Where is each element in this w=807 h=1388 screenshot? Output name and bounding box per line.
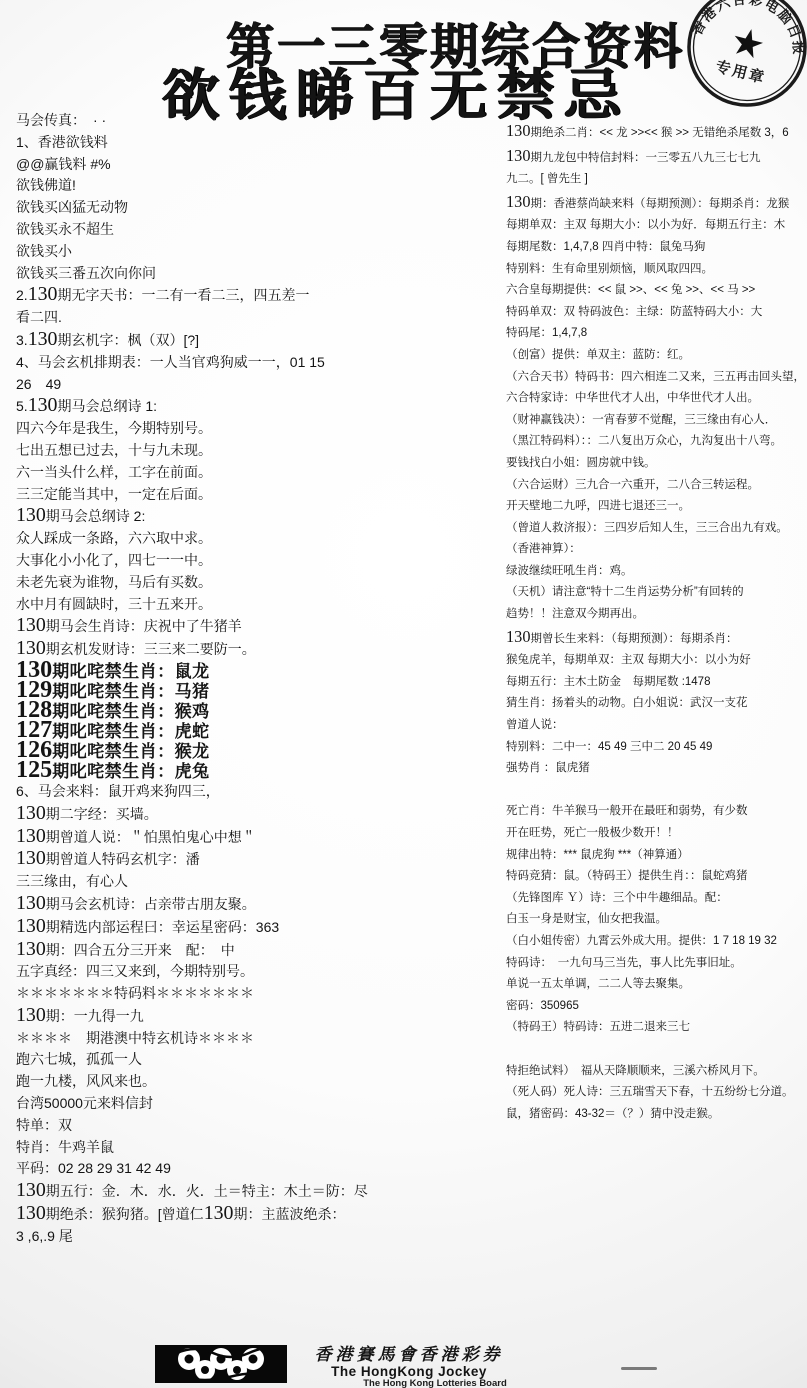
text-line: 开在旺势，死亡一般极少数开！！ — [506, 823, 806, 845]
text-line: 欲钱买三番五次向你问 — [16, 263, 498, 285]
text-line: （创富）提供：单双主：蓝防：红。 — [506, 345, 806, 367]
text-line: （财神赢钱决）：一宵春萝不觉醒，三三缘由有心人． — [506, 410, 806, 432]
text-line: （天机）请注意“特十二生肖运势分析”有回转的 — [506, 582, 806, 604]
signature-dash — [621, 1367, 657, 1370]
text-line: 九二。[ 曾先生 ] — [506, 169, 806, 191]
text-line: 3.130期玄机字：枫（双）[?] — [16, 329, 498, 352]
text-line: 七出五想已过去，十与九未现。 — [16, 440, 498, 462]
text-line: 欲钱买永不超生 — [16, 219, 498, 241]
text-line: （黑江特码料）：：二八复出万众心，九沟复出十八弯。 — [506, 431, 806, 453]
text-line: ＊＊＊＊＊＊＊特码料＊＊＊＊＊＊＊ — [16, 983, 498, 1005]
text-line: 三三定能当其中，一定在后面。 — [16, 484, 498, 506]
text-line: 特单：双 — [16, 1115, 498, 1137]
text-line: 特码尾：1,4,7,8 — [506, 323, 806, 345]
seal-stamp: 香港六合彩电脑日报社 ★ 专用章 — [671, 0, 807, 123]
left-column: 马会传真： · ·1、香港欲钱料@@赢钱料 #%欲钱佛道!欲钱买凶猛无动物欲钱买… — [16, 110, 498, 1248]
text-line: 猜生肖：扬着头的动物。白小姐说：武汉一支花 — [506, 693, 806, 715]
text-line: 跑六七城，孤孤一人 — [16, 1049, 498, 1071]
text-line: 130期叱咤禁生肖：鼠龙 — [16, 661, 498, 681]
text-line: 白玉一身是财宝，仙女把我温。 — [506, 909, 806, 931]
text-line: 130期二字经：买墙。 — [16, 803, 498, 826]
text-line: 130期绝杀二肖：<< 龙 >><< 猴 >> 无错绝杀尾数 3，6 — [506, 120, 806, 145]
text-line: （白小姐传密）九霄云外成大用。提供：1 7 18 19 32 — [506, 931, 806, 953]
text-line: 每期五行：主木土防金 每期尾数 :1478 — [506, 672, 806, 694]
text-line: （六合天书）特码书：四六相连二又来，三五再击回头望， — [506, 367, 806, 389]
text-line: 130期精选内部运程曰：幸运星密码：363 — [16, 916, 498, 939]
text-line: 开天壁地二九呼，四进七退还三一。 — [506, 496, 806, 518]
text-line: 6、马会来料：鼠开鸡来狗四三， — [16, 781, 498, 803]
text-line: 未老先衰为谁物，马后有买数。 — [16, 572, 498, 594]
text-line: （先锋图库 Ｙ）诗：三个中牛趣细品。配： — [506, 888, 806, 910]
text-line: 130期马会总纲诗 2: — [16, 505, 498, 528]
text-line: 3 ,6,.9 尾 — [16, 1226, 498, 1248]
text-line: 130期曾长生来料：（每期预测）：每期杀肖： — [506, 626, 806, 651]
text-line: 4、马会玄机排期表：一人当官鸡狗威一一，01 15 — [16, 352, 498, 374]
text-line: 特码诗： 一九句马三当先，事人比先事旧址。 — [506, 953, 806, 975]
right-column: 130期绝杀二肖：<< 龙 >><< 猴 >> 无错绝杀尾数 3，6130期九龙… — [506, 120, 806, 1125]
lottery-fax-sheet: { "header": { "title_line1": "第一三零期综合资料"… — [0, 0, 807, 1388]
text-line: （香港神算）： — [506, 539, 806, 561]
text-line: 欲钱买小 — [16, 241, 498, 263]
text-line: 六合特家诗：中华世代才人出，中华世代才人出。 — [506, 388, 806, 410]
text-line: 130期：香港蔡尚缺来料（每期预测）：每期杀肖：龙猴 — [506, 191, 806, 216]
text-line: 127期叱咤禁生肖：虎蛇 — [16, 721, 498, 741]
text-line: 趋势！！注意双今期再出。 — [506, 604, 806, 626]
text-line: 单说一五太单调，二二人等去聚集。 — [506, 974, 806, 996]
text-line: 特别料：二中一：45 49 三中二 20 45 49 — [506, 737, 806, 759]
jockey-club-logo — [155, 1345, 287, 1388]
text-line: 2.130期无字天书：一二有一看二三，四五差一 — [16, 284, 498, 307]
text-line: 130期曾道人特码玄机字：潘 — [16, 848, 498, 871]
text-line: 130期马会玄机诗：占亲带古朋友聚。 — [16, 893, 498, 916]
text-line: 每期尾数：1,4,7,8 四肖中特：鼠兔马狗 — [506, 237, 806, 259]
text-line: 特码竞猜：鼠。（特码王）提供生肖：：鼠蛇鸡猪 — [506, 866, 806, 888]
text-line: 1、香港欲钱料 — [16, 132, 498, 154]
text-line: 要钱找白小姐：圆房就中钱。 — [506, 453, 806, 475]
text-line: 大事化小小化了，四七一一中。 — [16, 550, 498, 572]
text-line: 每期单双：主双 每期大小：以小为好．每期五行主：木 — [506, 215, 806, 237]
text-line: 130期九龙包中特信封料：一三零五八九三七七九 — [506, 145, 806, 170]
text-line: 130期曾道人说：＂怕黑怕鬼心中想＂ — [16, 826, 498, 849]
text-line: 125期叱咤禁生肖：虎兔 — [16, 761, 498, 781]
text-line: 死亡肖：牛羊猴马一般开在最旺和弱势，有少数 — [506, 801, 806, 823]
text-line: 欲钱买凶猛无动物 — [16, 197, 498, 219]
text-line: 密码：350965 — [506, 996, 806, 1018]
text-line: 5.130期马会总纲诗 1: — [16, 395, 498, 418]
text-line: 特肖：牛鸡羊鼠 — [16, 1137, 498, 1159]
text-line: 跑一九楼，风风来也。 — [16, 1071, 498, 1093]
text-line: 水中月有圆缺时，三十五来开。 — [16, 594, 498, 616]
text-line — [506, 1039, 806, 1061]
text-line: 规律出特：*** 鼠虎狗 ***（神算通） — [506, 845, 806, 867]
text-line: 130期马会生肖诗：庆祝中了牛猪羊 — [16, 615, 498, 638]
footer-text-block: 香港賽馬會香港彩券 The HongKong Jockey The Hong K… — [284, 1340, 534, 1388]
text-line: 130期：四合五分三开来 配： 中 — [16, 939, 498, 962]
text-line: 欲钱佛道! — [16, 175, 498, 197]
text-line: 六合皇每期提供：<< 鼠 >>、<< 兔 >>、<< 马 >> — [506, 280, 806, 302]
text-line: 26 49 — [16, 374, 498, 396]
text-line: 130期玄机发财诗：三三来二要防一。 — [16, 638, 498, 661]
text-line: 台湾50000元来料信封 — [16, 1093, 498, 1115]
text-line: 特拒绝试料） 福从天降顺顺来，三溪六桥风月下。 — [506, 1061, 806, 1083]
text-line: 特别料：生有命里别烦恼，顺风取四四。 — [506, 259, 806, 281]
text-line: 特码单双：双 特码波色：主绿：防蓝特码大小：大 — [506, 302, 806, 324]
text-line: （曾道人救济报）：三四岁后知人生，三三合出九有戏。 — [506, 518, 806, 540]
text-line: 平码：02 28 29 31 42 49 — [16, 1158, 498, 1180]
text-line: 130期：一九得一九 — [16, 1005, 498, 1028]
text-line: 鼠，猪密码：43-32＝（？）猜中没走猴。 — [506, 1104, 806, 1126]
text-line: 129期叱咤禁生肖：马猪 — [16, 681, 498, 701]
text-line: 四六今年是我生，今期特别号。 — [16, 418, 498, 440]
text-line: 三三缘由，有心人 — [16, 871, 498, 893]
text-line: 曾道人说： — [506, 715, 806, 737]
text-line: 马会传真： · · — [16, 110, 498, 132]
text-line: 130期绝杀：猴狗猪。[曾道仁130期：主蓝波绝杀： — [16, 1203, 498, 1226]
text-line: 五字真经：四三又来到，今期特别号。 — [16, 961, 498, 983]
text-line: 130期五行：金．木．水．火．土＝特主：木土＝防：尽 — [16, 1180, 498, 1203]
text-line: 绿波继续旺吼生肖：鸡。 — [506, 561, 806, 583]
footer-chinese-name: 香港賽馬會香港彩券 — [284, 1340, 534, 1365]
text-line: 126期叱咤禁生肖：猴龙 — [16, 741, 498, 761]
text-line: （死人码）死人诗：三五瑞雪天下春，十五纷纷七分道。 — [506, 1082, 806, 1104]
text-line: @@赢钱料 #% — [16, 154, 498, 176]
text-line: ＊＊＊＊ 期港澳中特玄机诗＊＊＊＊ — [16, 1028, 498, 1050]
text-line: 猴兔虎羊，每期单双：主双 每期大小：以小为好 — [506, 650, 806, 672]
text-line: 众人踩成一条路，六六取中求。 — [16, 528, 498, 550]
text-line — [506, 780, 806, 802]
text-line: 128期叱咤禁生肖：猴鸡 — [16, 701, 498, 721]
footer-english-name: The HongKong Jockey — [284, 1364, 534, 1379]
text-line: 看二四. — [16, 307, 498, 329]
text-line: 六一当头什么样，工字在前面。 — [16, 462, 498, 484]
text-line: 强势肖 ：鼠虎猪 — [506, 758, 806, 780]
footer-english-subname: The Hong Kong Lotteries Board — [336, 1378, 534, 1388]
text-line: （六合运财）三九合一六重开，二八合三转运程。 — [506, 475, 806, 497]
text-line: （特码王）特码诗：五进二退来三七 — [506, 1017, 806, 1039]
